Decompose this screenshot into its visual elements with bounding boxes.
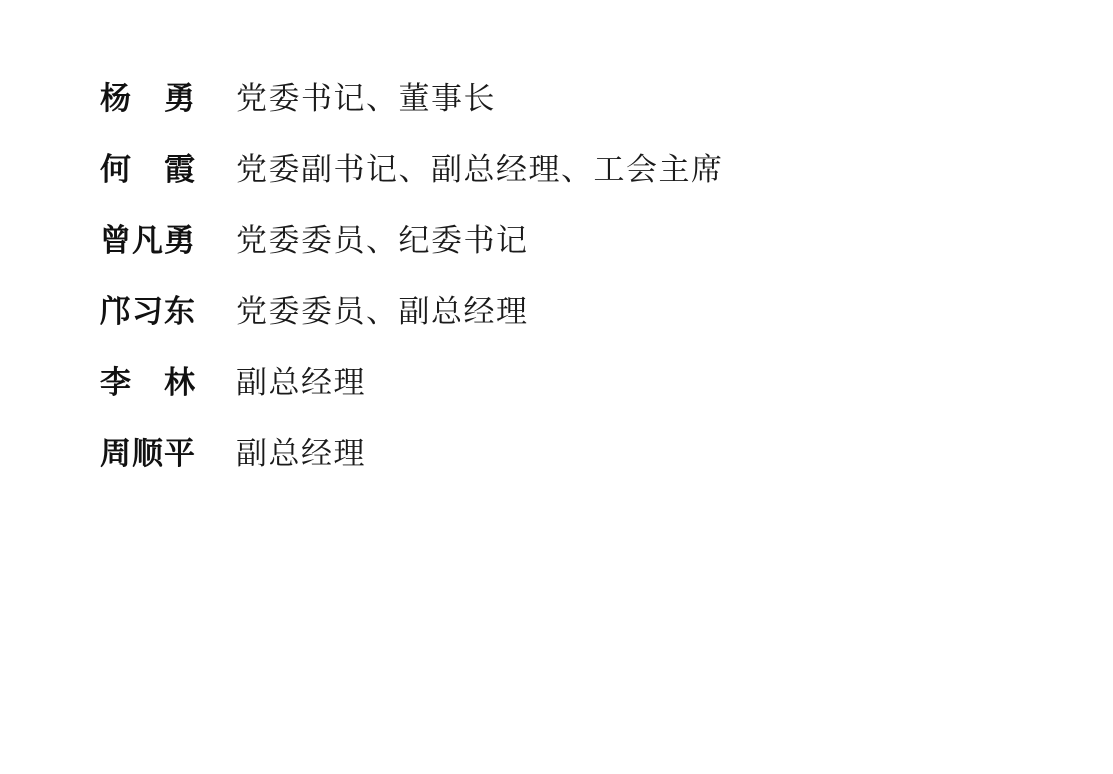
person-name: 曾凡勇 [100,224,196,258]
roster-row: 李 林 副总经理 [100,366,724,408]
person-title: 党委委员、副总经理 [236,295,529,329]
personnel-roster: 杨 勇 党委书记、董事长 何 霞 党委副书记、副总经理、工会主席 曾凡勇 党委委… [100,82,724,508]
person-name: 周顺平 [100,437,196,471]
person-title: 党委书记、董事长 [236,82,496,116]
person-title: 党委副书记、副总经理、工会主席 [236,153,724,187]
roster-row: 杨 勇 党委书记、董事长 [100,82,724,124]
roster-row: 何 霞 党委副书记、副总经理、工会主席 [100,153,724,195]
roster-row: 周顺平 副总经理 [100,437,724,479]
document-page: 杨 勇 党委书记、董事长 何 霞 党委副书记、副总经理、工会主席 曾凡勇 党委委… [0,0,1113,774]
person-title: 副总经理 [236,437,366,471]
roster-row: 曾凡勇 党委委员、纪委书记 [100,224,724,266]
person-title: 党委委员、纪委书记 [236,224,529,258]
person-name: 邝习东 [100,295,196,329]
person-name: 何 霞 [100,153,196,187]
roster-row: 邝习东 党委委员、副总经理 [100,295,724,337]
person-name: 杨 勇 [100,82,196,116]
person-name: 李 林 [100,366,196,400]
person-title: 副总经理 [236,366,366,400]
